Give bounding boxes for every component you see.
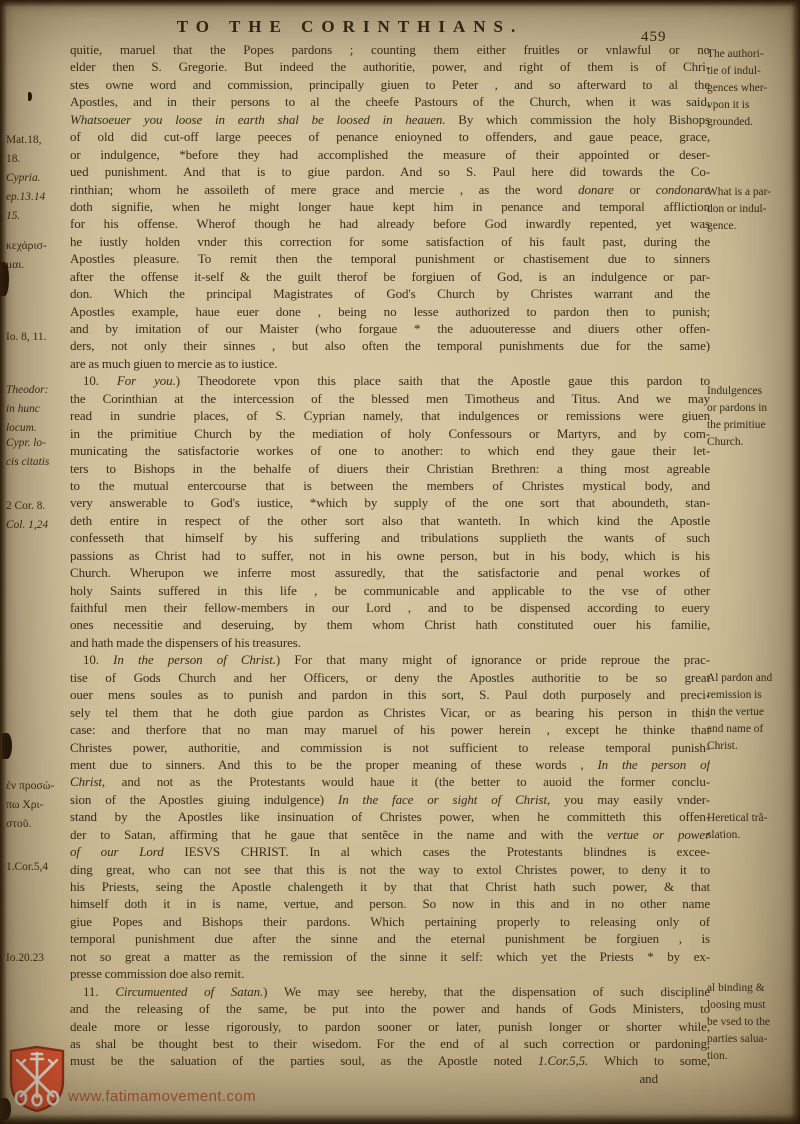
text-line: not so great a matter as the remission o… xyxy=(70,948,710,965)
left-margin-note: Io. 8, 11. xyxy=(6,328,72,347)
text-line: stes owne word and commission, principal… xyxy=(70,76,710,93)
ink-blot xyxy=(2,733,12,759)
text-line: giue Popes and Bishops their pardons. Wh… xyxy=(70,913,710,930)
text-line: stand by the Apostles like insinuation o… xyxy=(70,808,710,825)
text-line: are as much giuen to mercie as to iustic… xyxy=(70,355,710,372)
text-line: passions as Christ had to suffer, not in… xyxy=(70,547,710,564)
text-line: of our Lord IESVS CHRIST. In al which ca… xyxy=(70,843,710,860)
main-text-block: quitie, maruel that the Popes pardons ; … xyxy=(70,41,710,1087)
text-line: to the mutual entercourse that is betwee… xyxy=(70,477,710,494)
text-line: and the releasing of the same, be put in… xyxy=(70,1000,710,1017)
text-line: Apostles, and in their persons to al the… xyxy=(70,93,710,110)
left-margin-note: Col. 1,24 xyxy=(6,516,72,535)
right-margin-note: Al pardon and remission is in the vertue… xyxy=(707,670,799,755)
left-margin-note: Cypr. lo- cis citatis xyxy=(6,434,72,472)
text-line: ouer mens soules as to punish and pardon… xyxy=(70,686,710,703)
text-line: Christes power, authoritie, and commissi… xyxy=(70,739,710,756)
text-line: Apostles example, haue euer done , being… xyxy=(70,303,710,320)
text-line: 10. In the person of Christ.) For that m… xyxy=(70,651,710,668)
ink-blot xyxy=(0,262,9,296)
text-line: deale more or lesse rigorously, to pardo… xyxy=(70,1018,710,1035)
text-line: ding great, who can not see that this is… xyxy=(70,861,710,878)
text-line: sely tel them that he doth giue pardon a… xyxy=(70,704,710,721)
text-line: der to Satan, affirming that he gaue tha… xyxy=(70,826,710,843)
left-margin-note: Mat.18, 18. xyxy=(6,131,72,169)
left-margin-note: Cypria. ep.13.14 15. xyxy=(6,169,72,226)
ink-blot xyxy=(0,1098,11,1120)
text-line: ones necessitie and deseruing, by them w… xyxy=(70,616,710,633)
text-line: ued punishment. And that is to giue pard… xyxy=(70,163,710,180)
text-line: tise of Gods Church and her Officers, or… xyxy=(70,669,710,686)
text-line: or indulgence, *before they had accompli… xyxy=(70,146,710,163)
left-margin-note: κεχάρισ- μαι. xyxy=(6,236,72,274)
right-margin-note: al binding & loosing must be vsed to the… xyxy=(707,980,799,1065)
text-line: quitie, maruel that the Popes pardons ; … xyxy=(70,41,710,58)
text-line: ment due to sinners. And this to be the … xyxy=(70,756,710,773)
scan-edge-top xyxy=(0,0,800,7)
text-line: after the offense it-self & the guilt th… xyxy=(70,268,710,285)
text-line: and by imitation of our Maister (who for… xyxy=(70,320,710,337)
text-line: as shal be thought best to their wisedom… xyxy=(70,1035,710,1052)
text-line: Apostles pleasure. To remit then the tem… xyxy=(70,250,710,267)
text-line: confesseth that himself by his suffering… xyxy=(70,529,710,546)
text-line: presse commission doe also remit. xyxy=(70,965,710,982)
crossed-keys-shield-logo-icon xyxy=(8,1045,66,1113)
text-line: elder then S. Gregorie. But indeed the a… xyxy=(70,58,710,75)
text-line: deth entire in respect of the other sort… xyxy=(70,512,710,529)
left-margin-note: 2 Cor. 8. xyxy=(6,497,72,516)
text-line: sion of the Apostles giuing indulgence) … xyxy=(70,791,710,808)
text-line: 10. For you.) Theodorete vpon this place… xyxy=(70,372,710,389)
text-line: ders, not only their sinnes , but also o… xyxy=(70,337,710,354)
scan-edge-bottom xyxy=(0,1114,800,1124)
text-line: for his offense. Wherof though he had al… xyxy=(70,215,710,232)
catchword: and xyxy=(70,1070,710,1087)
text-line: in the primitiue Church by the mediation… xyxy=(70,425,710,442)
running-title: TO THE CORINTHIANS. xyxy=(70,17,630,37)
right-margin-note: The authori- tie of indul- gences wher- … xyxy=(707,46,799,131)
text-line: of old did cut-off large peeces of penan… xyxy=(70,128,710,145)
text-line: ters to Bishops in the behalfe of diuers… xyxy=(70,460,710,477)
text-line: case: and therfore that no man may marue… xyxy=(70,721,710,738)
text-line: his Priests, seing the Apostle chalenget… xyxy=(70,878,710,895)
left-margin-note: Io.20.23 xyxy=(6,949,72,968)
text-line: doth signifie, when he might longer haue… xyxy=(70,198,710,215)
ink-speck xyxy=(28,92,32,101)
right-margin-note: Indulgences or pardons in the primitiue … xyxy=(707,383,799,451)
text-line: 11. Circumuented of Satan.) We may see h… xyxy=(70,983,710,1000)
left-margin-note: ἐν προσώ- πω Χρι- στοῦ. xyxy=(6,776,72,833)
left-margin-note: 1.Cor.5,4 xyxy=(6,858,72,877)
text-line: and hath made the dispensers of his trea… xyxy=(70,634,710,651)
text-line: he iustly holden vnder this correction f… xyxy=(70,233,710,250)
text-line: read in sundrie places, of S. Cyprian na… xyxy=(70,407,710,424)
text-line: the Corinthian at the intercession of th… xyxy=(70,390,710,407)
scan-edge-right xyxy=(791,0,800,1124)
text-line: himself doth it in is name, vertue, and … xyxy=(70,895,710,912)
watermark-url: www.fatimamovement.com xyxy=(68,1088,256,1105)
text-line: rinthian; whom he assoileth of mere grac… xyxy=(70,181,710,198)
scanned-book-page: TO THE CORINTHIANS. 459 quitie, maruel t… xyxy=(0,0,800,1124)
text-line: very answerable to God's iustice, *which… xyxy=(70,494,710,511)
text-line: Church. Wherupon we inferre most assured… xyxy=(70,564,710,581)
text-line: don. Which the principal Magistrates of … xyxy=(70,285,710,302)
text-line: holy Saints suffered in this life , be c… xyxy=(70,582,710,599)
text-line: municating the satisfactorie workes of o… xyxy=(70,442,710,459)
left-margin-note: Theodor: in hunc locum. xyxy=(6,381,72,438)
text-line: Whatsoeuer you loose in earth shal be lo… xyxy=(70,111,710,128)
text-line: Christ, and not as the Protestants would… xyxy=(70,773,710,790)
text-line: faithful men their fellow-members in our… xyxy=(70,599,710,616)
right-margin-note: Heretical trã- slation. xyxy=(707,810,799,844)
text-line: temporal punishment due after the sinne … xyxy=(70,930,710,947)
right-margin-note: What is a par- don or indul- gence. xyxy=(707,184,799,235)
text-line: must be the saluation of the parties sou… xyxy=(70,1052,710,1069)
